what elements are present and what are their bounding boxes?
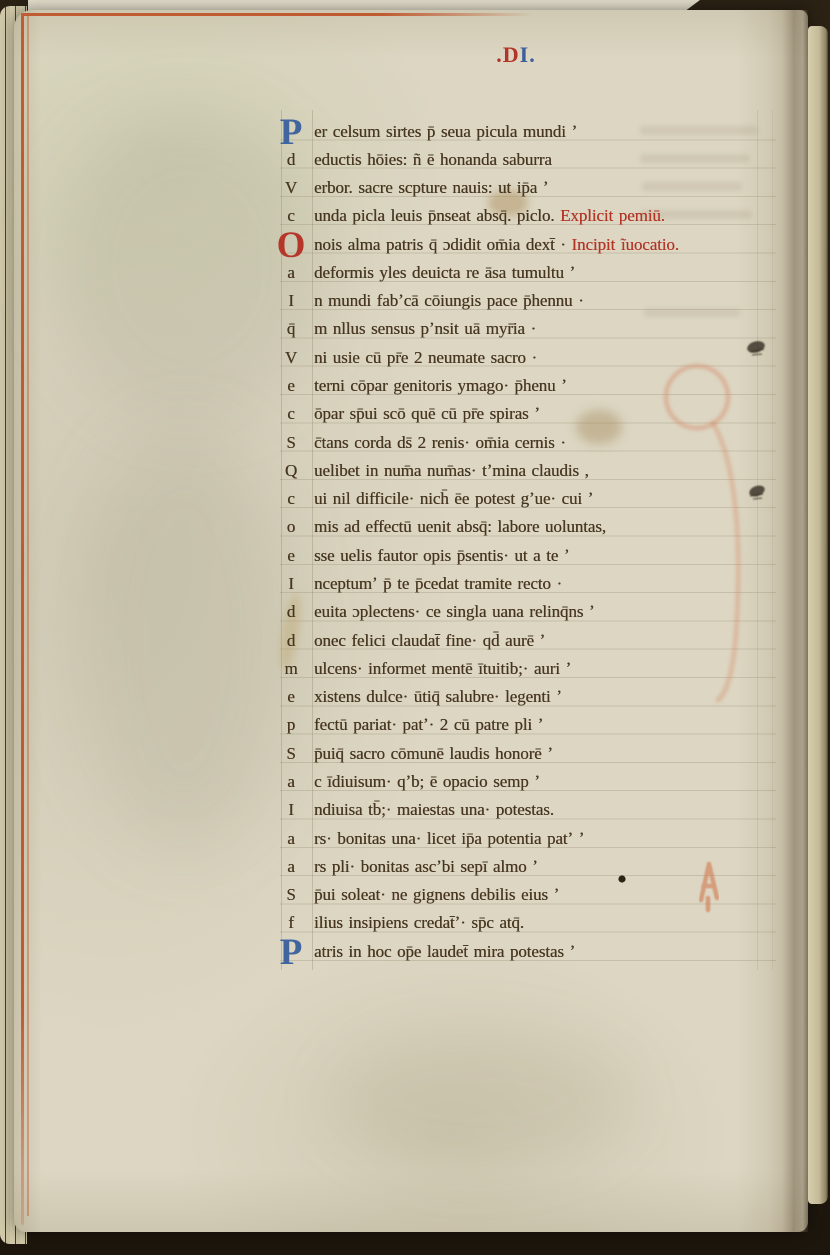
verse-initial: e — [268, 376, 314, 396]
verse-initial: I — [268, 800, 314, 820]
verse-text: er celsum sirtes p̄ seua picula mundi ʼ — [314, 122, 577, 141]
verse-line: omis ad effectū uenit absq̄: labore uolu… — [268, 517, 808, 542]
verse-text: c̄tans corda ds̄ 2 renis· om̄ia cernis · — [314, 433, 566, 452]
verse-text: ndiuisa tb̄;· maiestas una· potestas. — [314, 800, 554, 819]
verse-initial: o — [268, 517, 314, 537]
verse-line: Onois alma patris q̄ ɔdidit om̄ia dext̄ … — [268, 235, 808, 260]
verse-initial: q̄ — [268, 319, 314, 339]
verse-text: erbor. sacre scpture nauis: ut ip̄a ʼ — [314, 178, 548, 197]
verse-line: Sc̄tans corda ds̄ 2 renis· om̄ia cernis … — [268, 433, 808, 458]
verse-text: unda picla leuis p̄nseat absq̄. piclo. — [314, 206, 554, 225]
verse-line: cōpar sp̄ui scō quē cū pr̄e spiras ʼ — [268, 404, 808, 429]
verse-initial: a — [268, 772, 314, 792]
verse-line: Patris in hoc op̄e laudet̄ mira potestas… — [268, 942, 808, 967]
rubric-text: Explicit pemiū. — [554, 206, 664, 225]
verse-line: Quelibet in num̄a num̄as· tʼmina claudis… — [268, 461, 808, 486]
verse-line: Indiuisa tb̄;· maiestas una· potestas. — [268, 800, 808, 825]
verse-line: deuita ɔplectens· ce singla uana relinq̄… — [268, 602, 808, 627]
verse-initial: V — [268, 348, 314, 368]
verse-line: Vni usie cū pr̄e 2 neumate sacro · — [268, 348, 808, 373]
verse-initial: f — [268, 913, 314, 933]
rubric-text: Incipit ĩuocatio. — [566, 235, 679, 254]
verse-line: esse uelis fautor opis p̄sentis· ut a te… — [268, 546, 808, 571]
verse-text: ni usie cū pr̄e 2 neumate sacro · — [314, 348, 537, 367]
verse-initial: I — [268, 291, 314, 311]
verse-initial: d — [268, 602, 314, 622]
verse-line: q̄m nllus sensus pʼnsit uā myr̄ia · — [268, 319, 808, 344]
verse-initial: e — [268, 687, 314, 707]
verse-line: ars pli· bonitas ascʼbi sepī almo ʼ — [268, 857, 808, 882]
verse-text: c īdiuisum· qʼb; ē opacio semp ʼ — [314, 772, 540, 791]
verse-initial: S — [268, 744, 314, 764]
verse-text: n mundi fabʼcā cōiungis pace p̄hennu · — [314, 291, 584, 310]
verse-text: ulcens· informet mentē ītuitib;· auri ʼ — [314, 659, 571, 678]
verse-line: cunda picla leuis p̄nseat absq̄. piclo. … — [268, 206, 808, 231]
verse-line: eterni cōpar genitoris ymago· p̄henu ʼ — [268, 376, 808, 401]
verse-text: sse uelis fautor opis p̄sentis· ut a te … — [314, 546, 569, 565]
verse-text: rs· bonitas una· licet ip̄a potentia pat… — [314, 829, 584, 848]
verse-initial: Q — [268, 461, 314, 481]
verse-line: Inceptumʼ p̄ te p̄cedat tramite recto · — [268, 574, 808, 599]
verse-initial: m — [268, 659, 314, 679]
verse-initial: S — [268, 885, 314, 905]
verse-line: In mundi fabʼcā cōiungis pace p̄hennu · — [268, 291, 808, 316]
verse-initial: I — [268, 574, 314, 594]
verse-line: mulcens· informet mentē ītuitib;· auri ʼ — [268, 659, 808, 684]
verse-text: euita ɔplectens· ce singla uana relinq̄n… — [314, 602, 594, 621]
verse-text: fectū pariat· patʼ· 2 cū patre pli ʼ — [314, 715, 543, 734]
verse-lines: Per celsum sirtes p̄ seua picula mundi ʼ… — [0, 0, 830, 1255]
verse-initial: e — [268, 546, 314, 566]
verse-line: deductis hōies: ñ ē honanda saburra — [268, 150, 808, 175]
verse-text: terni cōpar genitoris ymago· p̄henu ʼ — [314, 376, 567, 395]
verse-initial: P — [268, 128, 314, 138]
verse-text: rs pli· bonitas ascʼbi sepī almo ʼ — [314, 857, 538, 876]
verse-line: ars· bonitas una· licet ip̄a potentia pa… — [268, 829, 808, 854]
verse-text: m nllus sensus pʼnsit uā myr̄ia · — [314, 319, 536, 338]
verse-line: Sp̄uiq̄ sacro cōmunē laudis honorē ʼ — [268, 744, 808, 769]
verse-text: eductis hōies: ñ ē honanda saburra — [314, 150, 552, 169]
verse-line: filius insipiens credat̄ʼ· sp̄c atq̄. — [268, 913, 808, 938]
verse-line: cui nil difficile· nich̄ ēe potest gʼue·… — [268, 489, 808, 514]
verse-line: pfectū pariat· patʼ· 2 cū patre pli ʼ — [268, 715, 808, 740]
verse-text: ōpar sp̄ui scō quē cū pr̄e spiras ʼ — [314, 404, 540, 423]
verse-initial: O — [268, 241, 314, 251]
verse-initial: P — [268, 948, 314, 958]
verse-text: atris in hoc op̄e laudet̄ mira potestas … — [314, 942, 575, 961]
verse-initial: d — [268, 631, 314, 651]
verse-initial: c — [268, 206, 314, 226]
verse-text: nois alma patris q̄ ɔdidit om̄ia dext̄ · — [314, 235, 566, 254]
verse-text: p̄ui soleat· ne gignens debilis eius ʼ — [314, 885, 559, 904]
verse-text: uelibet in num̄a num̄as· tʼmina claudis … — [314, 461, 589, 480]
verse-initial: c — [268, 404, 314, 424]
verse-initial: a — [268, 263, 314, 283]
verse-line: ac īdiuisum· qʼb; ē opacio semp ʼ — [268, 772, 808, 797]
manuscript-photo: .DI. Per celsum sirtes p̄ seua picula mu… — [0, 0, 830, 1255]
verse-initial: d — [268, 150, 314, 170]
verse-line: donec felici claudat̄ fine· qd̄ aurē ʼ — [268, 631, 808, 656]
verse-text: ui nil difficile· nich̄ ēe potest gʼue· … — [314, 489, 593, 508]
verse-text: mis ad effectū uenit absq̄: labore uolun… — [314, 517, 606, 536]
verse-initial: a — [268, 829, 314, 849]
verse-line: Verbor. sacre scpture nauis: ut ip̄a ʼ — [268, 178, 808, 203]
verse-initial: p — [268, 715, 314, 735]
verse-text: p̄uiq̄ sacro cōmunē laudis honorē ʼ — [314, 744, 553, 763]
verse-text: onec felici claudat̄ fine· qd̄ aurē ʼ — [314, 631, 545, 650]
verse-text: ilius insipiens credat̄ʼ· sp̄c atq̄. — [314, 913, 524, 932]
verse-initial: V — [268, 178, 314, 198]
verse-line: adeformis yles deuicta re āsa tumultu ʼ — [268, 263, 808, 288]
verse-line: existens dulce· ūtiq̄ salubre· legenti ʼ — [268, 687, 808, 712]
verse-line: Per celsum sirtes p̄ seua picula mundi ʼ — [268, 122, 808, 147]
verse-line: Sp̄ui soleat· ne gignens debilis eius ʼ — [268, 885, 808, 910]
verse-initial: a — [268, 857, 314, 877]
verse-text: xistens dulce· ūtiq̄ salubre· legenti ʼ — [314, 687, 562, 706]
verse-text: nceptumʼ p̄ te p̄cedat tramite recto · — [314, 574, 562, 593]
verse-text: deformis yles deuicta re āsa tumultu ʼ — [314, 263, 575, 282]
verse-initial: c — [268, 489, 314, 509]
verse-initial: S — [268, 433, 314, 453]
